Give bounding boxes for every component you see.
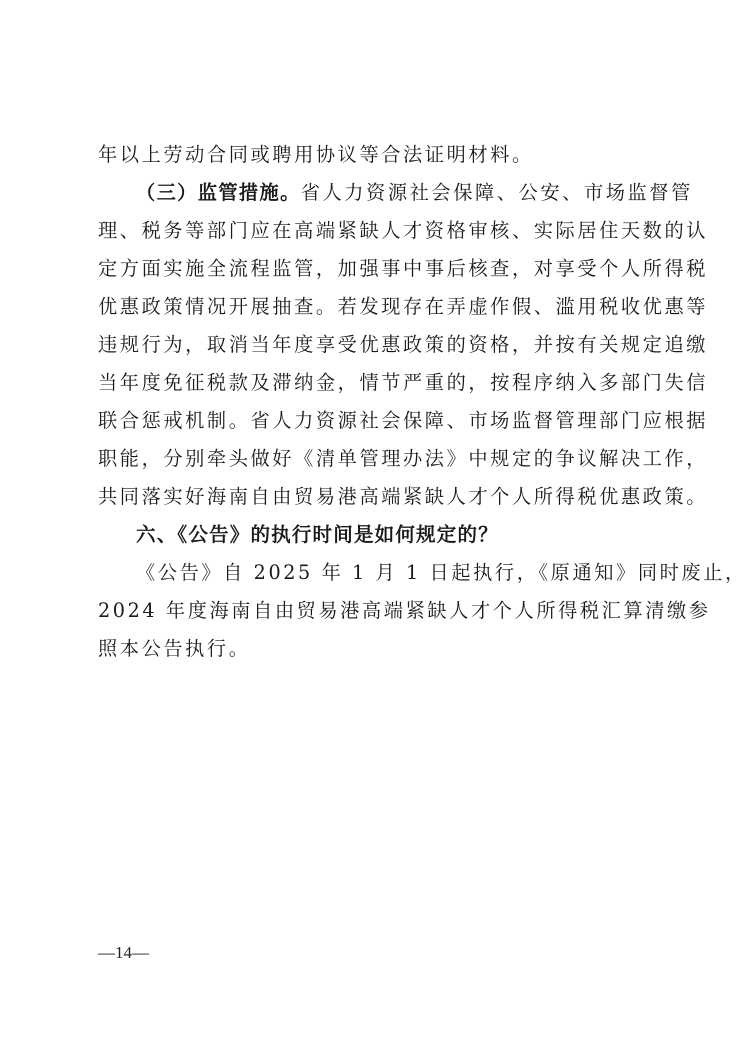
section-heading: 六、《公告》的执行时间是如何规定的？: [136, 518, 694, 552]
section-subheading: （三）监管措施。: [136, 181, 301, 204]
paragraph-line: 定方面实施全流程监管，加强事中事后核查，对享受个人所得税: [98, 252, 694, 286]
paragraph-text: 省人力资源社会保障、公安、市场监督管: [301, 181, 693, 204]
paragraph-line: 共同落实好海南自由贸易港高端紧缺人才个人所得税优惠政策。: [98, 480, 694, 514]
paragraph-line: 优惠政策情况开展抽查。若发现存在弄虚作假、滥用税收优惠等: [98, 290, 694, 324]
paragraph-line: 理、税务等部门应在高端紧缺人才资格审核、实际居住天数的认: [98, 214, 694, 248]
paragraph-line: 当年度免征税款及滞纳金，情节严重的，按程序纳入多部门失信: [98, 366, 694, 400]
paragraph-line: 年以上劳动合同或聘用协议等合法证明材料。: [98, 138, 694, 172]
paragraph-line: 2024 年度海南自由贸易港高端紧缺人才个人所得税汇算清缴参: [98, 594, 694, 628]
paragraph-line: 违规行为，取消当年度享受优惠政策的资格，并按有关规定追缴: [98, 328, 694, 362]
page-number: —14—: [98, 940, 149, 966]
paragraph-line: （三）监管措施。省人力资源社会保障、公安、市场监督管: [136, 176, 694, 210]
paragraph-line: 《公告》自 2025 年 1 月 1 日起执行，《原通知》同时废止，: [136, 556, 694, 590]
paragraph-line: 职能，分别牵头做好《清单管理办法》中规定的争议解决工作，: [98, 442, 694, 476]
paragraph-line: 联合惩戒机制。省人力资源社会保障、市场监督管理部门应根据: [98, 404, 694, 438]
document-page: 年以上劳动合同或聘用协议等合法证明材料。 （三）监管措施。省人力资源社会保障、公…: [0, 0, 750, 1060]
paragraph-line: 照本公告执行。: [98, 632, 694, 666]
